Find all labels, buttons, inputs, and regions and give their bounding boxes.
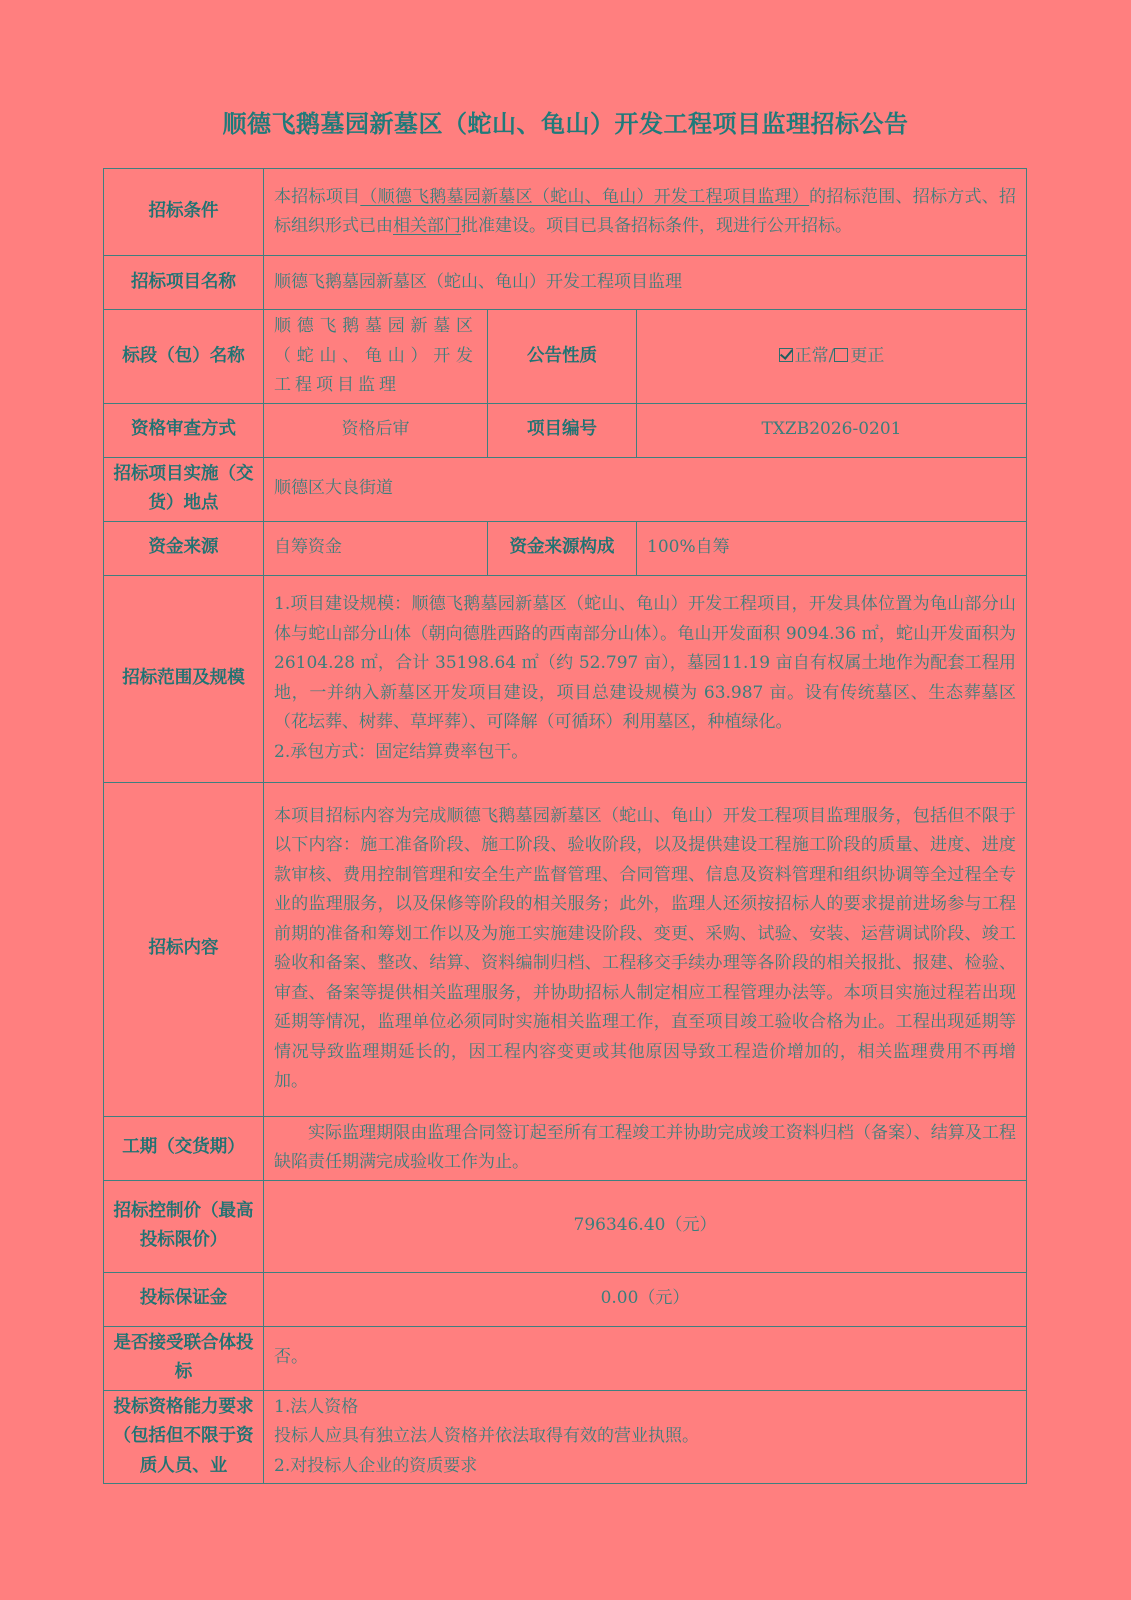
requirement-line-3: 2.对投标人企业的资质要求 (274, 1452, 1016, 1482)
tender-notice-table: 招标条件 本招标项目（顺德飞鹅墓园新墓区（蛇山、龟山）开发工程项目监理）的招标范… (103, 168, 1027, 1484)
row-scope: 招标范围及规模 1.项目建设规模：顺德飞鹅墓园新墓区（蛇山、龟山）开发工程项目，… (104, 575, 1027, 782)
consortium-label: 是否接受联合体投标 (104, 1326, 264, 1390)
location-label: 招标项目实施（交货）地点 (104, 457, 264, 521)
nature-normal: 正常 (795, 346, 829, 366)
bidder-requirements-label: 投标资格能力要求（包括但不限于资质人员、业 (104, 1390, 264, 1484)
conditions-dept: 相关部门 (393, 216, 461, 236)
conditions-text-pre: 本招标项目 (274, 187, 360, 207)
normal-checkbox-icon (779, 348, 793, 362)
row-section-name: 标段（包）名称 顺德飞鹅墓园新墓区（蛇山、龟山）开发工程项目监理 公告性质 正常… (104, 310, 1027, 404)
section-name-value: 顺德飞鹅墓园新墓区（蛇山、龟山）开发工程项目监理 (264, 310, 488, 404)
deposit-label: 投标保证金 (104, 1272, 264, 1326)
scope-paragraph-1: 1.项目建设规模：顺德飞鹅墓园新墓区（蛇山、龟山）开发工程项目，开发具体位置为龟… (274, 590, 1016, 738)
conditions-label: 招标条件 (104, 169, 264, 256)
scope-value: 1.项目建设规模：顺德飞鹅墓园新墓区（蛇山、龟山）开发工程项目，开发具体位置为龟… (264, 575, 1027, 782)
consortium-value: 否。 (264, 1326, 1027, 1390)
notice-nature-value: 正常/更正 (637, 310, 1027, 404)
qualification-label: 资格审查方式 (104, 403, 264, 457)
row-location: 招标项目实施（交货）地点 顺德区大良街道 (104, 457, 1027, 521)
row-funding: 资金来源 自筹资金 资金来源构成 100%自筹 (104, 521, 1027, 575)
page-title: 顺德飞鹅墓园新墓区（蛇山、龟山）开发工程项目监理招标公告 (0, 104, 1131, 139)
row-deposit: 投标保证金 0.00（元） (104, 1272, 1027, 1326)
notice-nature-label: 公告性质 (488, 310, 637, 404)
row-content: 招标内容 本项目招标内容为完成顺德飞鹅墓园新墓区（蛇山、龟山）开发工程项目监理服… (104, 782, 1027, 1116)
location-value: 顺德区大良街道 (264, 457, 1027, 521)
scope-label: 招标范围及规模 (104, 575, 264, 782)
content-label: 招标内容 (104, 782, 264, 1116)
project-name-value: 顺德飞鹅墓园新墓区（蛇山、龟山）开发工程项目监理 (264, 256, 1027, 310)
row-conditions: 招标条件 本招标项目（顺德飞鹅墓园新墓区（蛇山、龟山）开发工程项目监理）的招标范… (104, 169, 1027, 256)
period-value: 实际监理期限由监理合同签订起至所有工程竣工并协助完成竣工资料归档（备案）、结算及… (264, 1116, 1027, 1180)
project-name-label: 招标项目名称 (104, 256, 264, 310)
funding-composition-label: 资金来源构成 (488, 521, 637, 575)
bidder-requirements-value: 1.法人资格 投标人应具有独立法人资格并依法取得有效的营业执照。 2.对投标人企… (264, 1390, 1027, 1484)
control-price-value: 796346.40（元） (264, 1180, 1027, 1272)
row-bidder-requirements: 投标资格能力要求（包括但不限于资质人员、业 1.法人资格 投标人应具有独立法人资… (104, 1390, 1027, 1484)
project-code-label: 项目编号 (488, 403, 637, 457)
row-qualification: 资格审查方式 资格后审 项目编号 TXZB2026-0201 (104, 403, 1027, 457)
funding-composition-value: 100%自筹 (637, 521, 1027, 575)
row-control-price: 招标控制价（最高投标限价） 796346.40（元） (104, 1180, 1027, 1272)
funding-value: 自筹资金 (264, 521, 488, 575)
period-label: 工期（交货期） (104, 1116, 264, 1180)
scope-paragraph-2: 2.承包方式：固定结算费率包干。 (274, 738, 1016, 768)
conditions-value: 本招标项目（顺德飞鹅墓园新墓区（蛇山、龟山）开发工程项目监理）的招标范围、招标方… (264, 169, 1027, 256)
conditions-project-name: （顺德飞鹅墓园新墓区（蛇山、龟山）开发工程项目监理） (360, 187, 809, 207)
row-consortium: 是否接受联合体投标 否。 (104, 1326, 1027, 1390)
correction-checkbox-icon (834, 348, 848, 362)
conditions-text-post: 批准建设。项目已具备招标条件，现进行公开招标。 (461, 216, 852, 236)
nature-correction: 更正 (850, 346, 884, 366)
row-project-name: 招标项目名称 顺德飞鹅墓园新墓区（蛇山、龟山）开发工程项目监理 (104, 256, 1027, 310)
row-period: 工期（交货期） 实际监理期限由监理合同签订起至所有工程竣工并协助完成竣工资料归档… (104, 1116, 1027, 1180)
section-name-label: 标段（包）名称 (104, 310, 264, 404)
qualification-value: 资格后审 (264, 403, 488, 457)
funding-label: 资金来源 (104, 521, 264, 575)
requirement-line-2: 投标人应具有独立法人资格并依法取得有效的营业执照。 (274, 1422, 1016, 1452)
content-value: 本项目招标内容为完成顺德飞鹅墓园新墓区（蛇山、龟山）开发工程项目监理服务，包括但… (264, 782, 1027, 1116)
deposit-value: 0.00（元） (264, 1272, 1027, 1326)
project-code-value: TXZB2026-0201 (637, 403, 1027, 457)
control-price-label: 招标控制价（最高投标限价） (104, 1180, 264, 1272)
requirement-line-1: 1.法人资格 (274, 1393, 1016, 1423)
